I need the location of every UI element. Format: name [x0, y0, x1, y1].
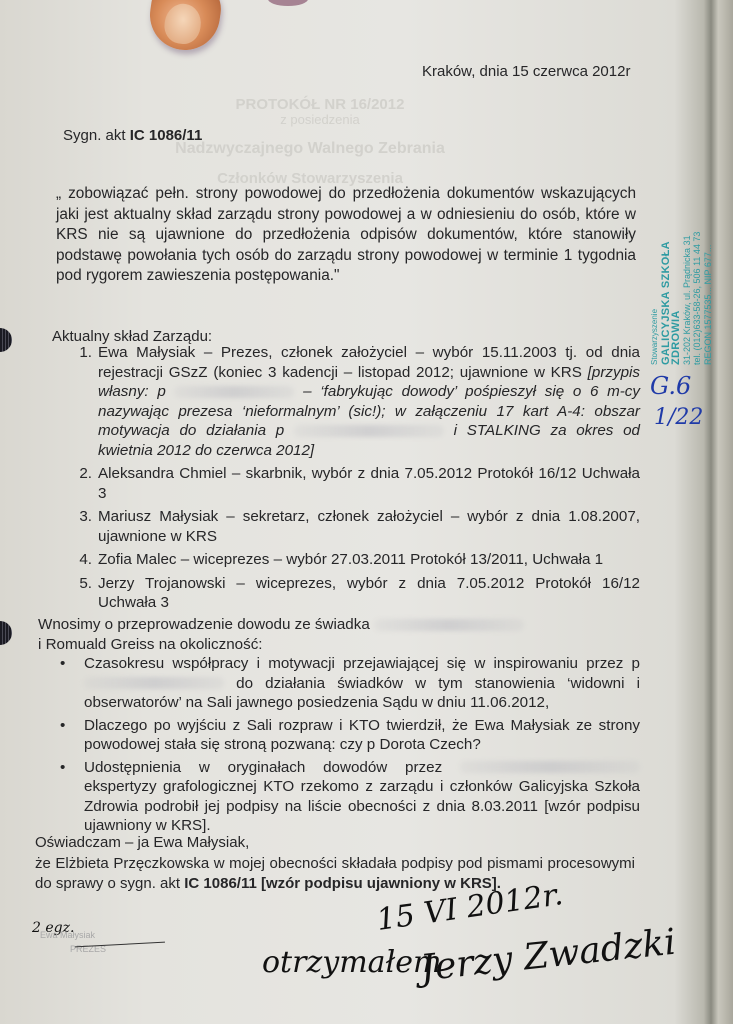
member-text: Zofia Malec – wiceprezes – wybór 27.03.2…	[98, 551, 603, 568]
witness-request-line: i Romuald Greiss na okoliczność:	[38, 635, 638, 655]
declaration-line: Oświadczam – ja Ewa Małysiak,	[35, 833, 635, 854]
list-number: 1.	[70, 343, 92, 363]
handwritten-margin-mark: G.6	[650, 372, 691, 400]
list-number: 3.	[70, 507, 92, 527]
case-number: IC 1086/11	[130, 127, 203, 144]
case-reference-label: Sygn. akt	[63, 127, 126, 144]
handwritten-received: otrzymałem	[262, 945, 441, 980]
handwritten-margin-mark: 1/22	[654, 405, 703, 430]
list-item: • Dlaczego po wyjściu z Sali rozpraw i K…	[60, 716, 640, 755]
redacted-name	[174, 386, 294, 398]
scanned-document-page: PROTOKÓŁ NR 16/2012 z posiedzenia Nadzwy…	[0, 0, 733, 1024]
list-item: 2. Aleksandra Chmiel – skarbnik, wybór z…	[70, 464, 640, 503]
board-members-list: 1. Ewa Małysiak – Prezes, członek założy…	[70, 343, 640, 617]
list-item: • Czasokresu współpracy i motywacji prze…	[60, 654, 640, 713]
bullet-icon: •	[60, 654, 65, 674]
finger-photo-artifact	[145, 0, 224, 55]
list-item: 5. Jerzy Trojanowski – wiceprezes, wybór…	[70, 574, 640, 613]
stamp-line: GALICYJSKA SZKOŁA ZDROWIA	[661, 195, 682, 365]
stamp-line: 31-202 Kraków, ul. Prądnicka 31	[682, 195, 693, 365]
list-number: 4.	[70, 550, 92, 570]
bleedthrough-text: z posiedzenia	[210, 112, 430, 127]
court-order-quote: „ zobowiązać pełn. strony powodowej do p…	[56, 184, 636, 287]
member-text: Mariusz Małysiak – sekretarz, członek za…	[98, 508, 640, 545]
handwritten-signature: Jerzy Zwadzki	[419, 922, 678, 990]
bullet-text: Udostępnienia w oryginałach dowodów prze…	[84, 759, 442, 776]
stamp-line: Stowarzyszenie	[650, 195, 661, 365]
stamp-line: tel. (012)633-58-26, 506 11 44 73	[692, 195, 703, 365]
association-stamp: Stowarzyszenie GALICYJSKA SZKOŁA ZDROWIA…	[650, 195, 710, 365]
witness-request-line: Wnosimy o przeprowadzenie dowodu ze świa…	[38, 616, 370, 633]
binder-hole	[0, 328, 12, 352]
member-text: Ewa Małysiak – Prezes, członek założycie…	[98, 344, 640, 381]
bleedthrough-text: PROTOKÓŁ NR 16/2012	[210, 96, 430, 113]
name-stamp: Ewa Małysiak PREZES	[40, 928, 106, 956]
list-item: • Udostępnienia w oryginałach dowodów pr…	[60, 758, 640, 836]
member-text: Aleksandra Chmiel – skarbnik, wybór z dn…	[98, 465, 640, 502]
bleedthrough-text: Nadzwyczajnego Walnego Zebrania	[160, 140, 460, 158]
finger-shadow-artifact	[268, 0, 308, 6]
binder-hole	[0, 621, 12, 645]
redacted-name	[294, 425, 444, 437]
circumstances-list: • Czasokresu współpracy i motywacji prze…	[60, 654, 640, 839]
bullet-text: ekspertyzy grafologicznej KTO rzekomo z …	[84, 778, 640, 834]
list-item: 1. Ewa Małysiak – Prezes, członek założy…	[70, 343, 640, 460]
declaration-bold: IC 1086/11 [wzór podpisu ujawniony w KRS…	[184, 875, 501, 892]
list-item: 3. Mariusz Małysiak – sekretarz, członek…	[70, 507, 640, 546]
witness-request: Wnosimy o przeprowadzenie dowodu ze świa…	[38, 615, 638, 655]
list-item: 4. Zofia Malec – wiceprezes – wybór 27.0…	[70, 550, 640, 570]
stamp-line: REGON 1577535... NIP 677...	[703, 195, 714, 365]
list-number: 2.	[70, 464, 92, 484]
member-text: Jerzy Trojanowski – wiceprezes, wybór z …	[98, 575, 640, 612]
case-reference: Sygn. akt IC 1086/11	[63, 126, 202, 146]
redacted-name	[460, 761, 640, 773]
place-date: Kraków, dnia 15 czerwca 2012r	[422, 62, 630, 82]
bullet-text: Czasokresu współpracy i motywacji przeja…	[84, 655, 640, 672]
bullet-icon: •	[60, 758, 65, 778]
redacted-name	[84, 677, 224, 689]
list-number: 5.	[70, 574, 92, 594]
redacted-name	[374, 619, 524, 631]
fingernail	[162, 1, 203, 46]
stamp-name: Ewa Małysiak	[40, 928, 106, 942]
bullet-icon: •	[60, 716, 65, 736]
bullet-text: Dlaczego po wyjściu z Sali rozpraw i KTO…	[84, 717, 640, 754]
